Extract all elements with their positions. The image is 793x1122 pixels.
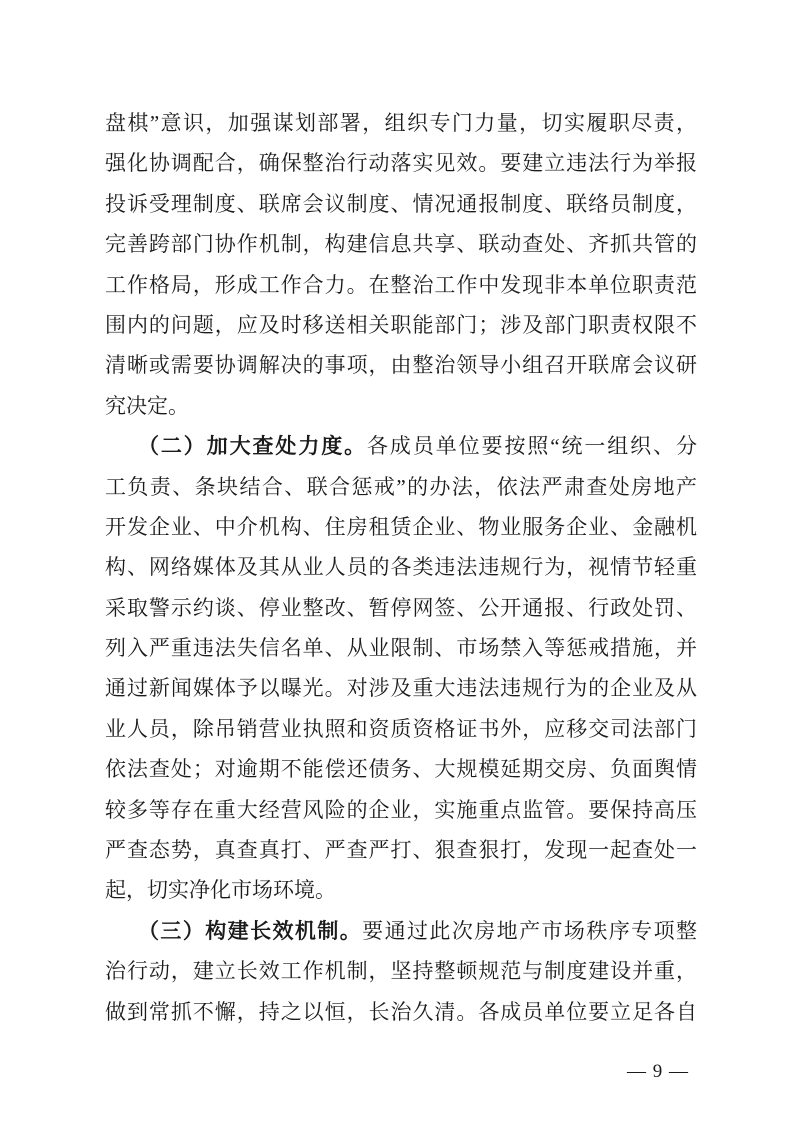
text-line: 构、网络媒体及其从业人员的各类违法违规行为，视情节轻重 bbox=[105, 547, 697, 587]
text-run: 各成员单位要按照“统一组织、分 bbox=[367, 434, 697, 458]
text-line: 治行动，建立长效工作机制，坚持整顿规范与制度建设并重， bbox=[105, 951, 697, 991]
paragraph-1: 盘棋”意识，加强谋划部署，组织专门力量，切实履职尽责， 强化协调配合，确保整治行… bbox=[105, 103, 697, 426]
text-line: （三）构建长效机制。要通过此次房地产市场秩序专项整 bbox=[105, 911, 697, 951]
text-line: 起，切实净化市场环境。 bbox=[105, 870, 697, 910]
text-line: 投诉受理制度、联席会议制度、情况通报制度、联络员制度， bbox=[105, 184, 697, 224]
text-line: 盘棋”意识，加强谋划部署，组织专门力量，切实履职尽责， bbox=[105, 103, 697, 143]
text-line: （二）加大查处力度。各成员单位要按照“统一组织、分 bbox=[105, 426, 697, 466]
paragraph-3: （三）构建长效机制。要通过此次房地产市场秩序专项整 治行动，建立长效工作机制，坚… bbox=[105, 911, 697, 1032]
text-line: 开发企业、中介机构、住房租赁企业、物业服务企业、金融机 bbox=[105, 507, 697, 547]
text-line: 工作格局，形成工作合力。在整治工作中发现非本单位职责范 bbox=[105, 265, 697, 305]
text-run: 要通过此次房地产市场秩序专项整 bbox=[362, 919, 697, 943]
text-line: 围内的问题，应及时移送相关职能部门；涉及部门职责权限不 bbox=[105, 305, 697, 345]
text-line: 依法查处；对逾期不能偿还债务、大规模延期交房、负面舆情 bbox=[105, 749, 697, 789]
text-line: 通过新闻媒体予以曝光。对涉及重大违法违规行为的企业及从 bbox=[105, 668, 697, 708]
text-line: 做到常抓不懈，持之以恒，长治久清。各成员单位要立足各自 bbox=[105, 992, 697, 1032]
text-line: 业人员，除吊销营业执照和资质资格证书外，应移交司法部门 bbox=[105, 709, 697, 749]
section-heading-2: （二）加大查处力度。 bbox=[138, 434, 367, 458]
document-body: 盘棋”意识，加强谋划部署，组织专门力量，切实履职尽责， 强化协调配合，确保整治行… bbox=[105, 103, 697, 1032]
text-line: 严查态势，真查真打、严查严打、狠查狠打，发现一起查处一 bbox=[105, 830, 697, 870]
document-page: 盘棋”意识，加强谋划部署，组织专门力量，切实履职尽责， 强化协调配合，确保整治行… bbox=[0, 0, 793, 1122]
text-line: 工负责、条块结合、联合惩戒”的办法，依法严肃查处房地产 bbox=[105, 467, 697, 507]
text-line: 究决定。 bbox=[105, 386, 697, 426]
text-line: 采取警示约谈、停业整改、暂停网签、公开通报、行政处罚、 bbox=[105, 588, 697, 628]
paragraph-2: （二）加大查处力度。各成员单位要按照“统一组织、分 工负责、条块结合、联合惩戒”… bbox=[105, 426, 697, 911]
text-line: 强化协调配合，确保整治行动落实见效。要建立违法行为举报 bbox=[105, 143, 697, 183]
text-line: 较多等存在重大经营风险的企业，实施重点监管。要保持高压 bbox=[105, 790, 697, 830]
section-heading-3: （三）构建长效机制。 bbox=[138, 919, 362, 943]
text-line: 清晰或需要协调解决的事项，由整治领导小组召开联席会议研 bbox=[105, 345, 697, 385]
page-number: — 9 — bbox=[627, 1060, 689, 1084]
text-line: 完善跨部门协作机制，构建信息共享、联动查处、齐抓共管的 bbox=[105, 224, 697, 264]
text-line: 列入严重违法失信名单、从业限制、市场禁入等惩戒措施，并 bbox=[105, 628, 697, 668]
